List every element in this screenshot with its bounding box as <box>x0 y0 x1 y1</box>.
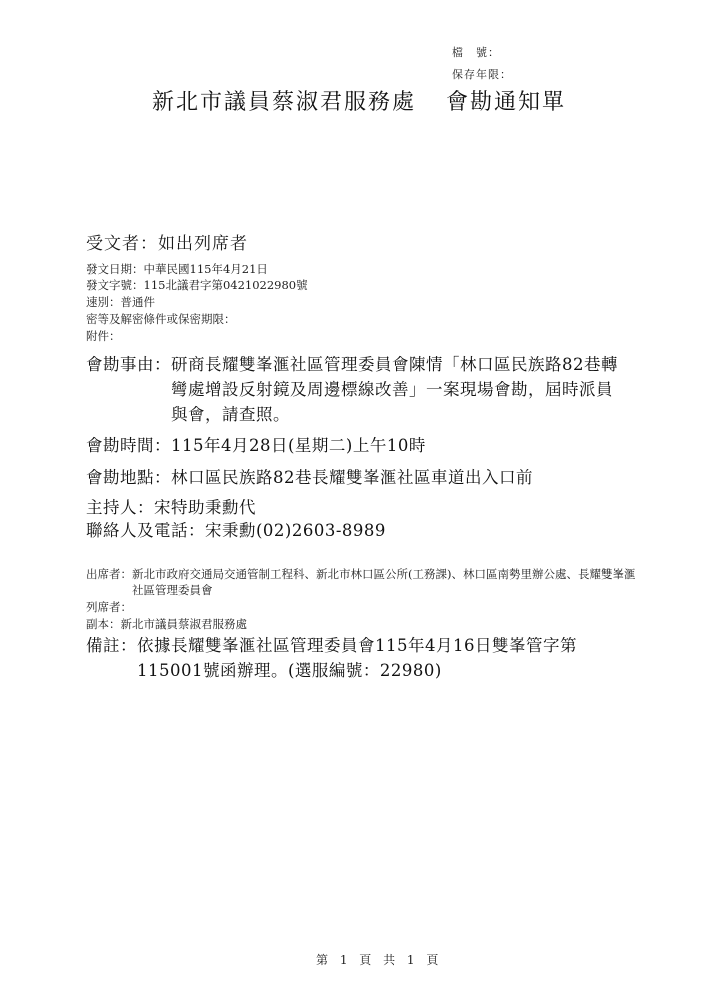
attendees-value: 新北市政府交通局交通管制工程科、新北市林口區公所(工務課)、林口區南勢里辦公處、… <box>132 566 636 598</box>
inspection-time-value: 115年4月28日(星期二)上午10時 <box>171 436 426 455</box>
observers-label: 列席者： <box>86 600 132 614</box>
contact-label: 聯絡人及電話： <box>86 521 205 540</box>
host-value: 宋特助秉勳代 <box>154 498 256 517</box>
contact-line: 聯絡人及電話：宋秉勳(02)2603-8989 <box>86 517 386 541</box>
issue-date-label: 發文日期： <box>86 262 144 276</box>
remarks-label: 備註： <box>86 633 137 683</box>
retention-period-label: 保存年限： <box>452 66 512 82</box>
attachment-label: 附件： <box>86 329 121 343</box>
doc-number-line: 發文字號：115北議君字第0421022980號 <box>86 277 308 293</box>
secrecy-line: 密等及解密條件或保密期限： <box>86 311 236 327</box>
title-organization: 新北市議員蔡淑君服務處 <box>152 90 416 115</box>
speed-value: 普通件 <box>121 295 156 309</box>
copy-value: 新北市議員蔡淑君服務處 <box>121 617 248 631</box>
attendees-label: 出席者： <box>86 566 132 598</box>
speed-label: 速別： <box>86 295 121 309</box>
inspection-location-line: 會勘地點：林口區民族路82巷長耀雙峯滙社區車道出入口前 <box>86 464 533 488</box>
remarks: 備註： 依據長耀雙峯滙社區管理委員會115年4月16日雙峯管字第115001號函… <box>86 633 626 683</box>
title-document-type: 會勘通知單 <box>446 90 566 115</box>
contact-value: 宋秉勳(02)2603-8989 <box>205 521 386 540</box>
attendees: 出席者： 新北市政府交通局交通管制工程科、新北市林口區公所(工務課)、林口區南勢… <box>86 566 636 598</box>
secrecy-label: 密等及解密條件或保密期限： <box>86 312 236 326</box>
doc-number-label: 發文字號： <box>86 278 144 292</box>
attachment-line: 附件： <box>86 328 121 344</box>
inspection-subject-value: 研商長耀雙峯滙社區管理委員會陳情「林口區民族路82巷轉彎處增設反射鏡及周邊標線改… <box>171 352 626 427</box>
copy-label: 副本： <box>86 617 121 631</box>
observers-line: 列席者： <box>86 599 132 615</box>
inspection-time-line: 會勘時間：115年4月28日(星期二)上午10時 <box>86 432 426 456</box>
host-line: 主持人：宋特助秉勳代 <box>86 494 256 518</box>
recipient-label: 受文者： <box>86 234 158 254</box>
inspection-time-label: 會勘時間： <box>86 436 171 455</box>
issue-date-value: 中華民國115年4月21日 <box>144 262 268 276</box>
host-label: 主持人： <box>86 498 154 517</box>
copy-line: 副本：新北市議員蔡淑君服務處 <box>86 616 247 632</box>
inspection-location-label: 會勘地點： <box>86 468 171 487</box>
recipient-value: 如出列席者 <box>158 234 248 254</box>
page-number: 第 1 頁 共 1 頁 <box>316 951 442 968</box>
speed-line: 速別：普通件 <box>86 294 155 310</box>
doc-number-value: 115北議君字第0421022980號 <box>144 278 308 292</box>
inspection-subject-label: 會勘事由： <box>86 352 171 427</box>
recipient-line: 受文者：如出列席者 <box>86 229 248 254</box>
remarks-value: 依據長耀雙峯滙社區管理委員會115年4月16日雙峯管字第115001號函辦理。(… <box>137 633 626 683</box>
inspection-location-value: 林口區民族路82巷長耀雙峯滙社區車道出入口前 <box>171 468 533 487</box>
file-number-label: 檔 號： <box>452 44 500 60</box>
document-title: 新北市議員蔡淑君服務處會勘通知單 <box>152 85 566 116</box>
issue-date-line: 發文日期：中華民國115年4月21日 <box>86 261 268 277</box>
inspection-subject: 會勘事由： 研商長耀雙峯滙社區管理委員會陳情「林口區民族路82巷轉彎處增設反射鏡… <box>86 352 626 427</box>
